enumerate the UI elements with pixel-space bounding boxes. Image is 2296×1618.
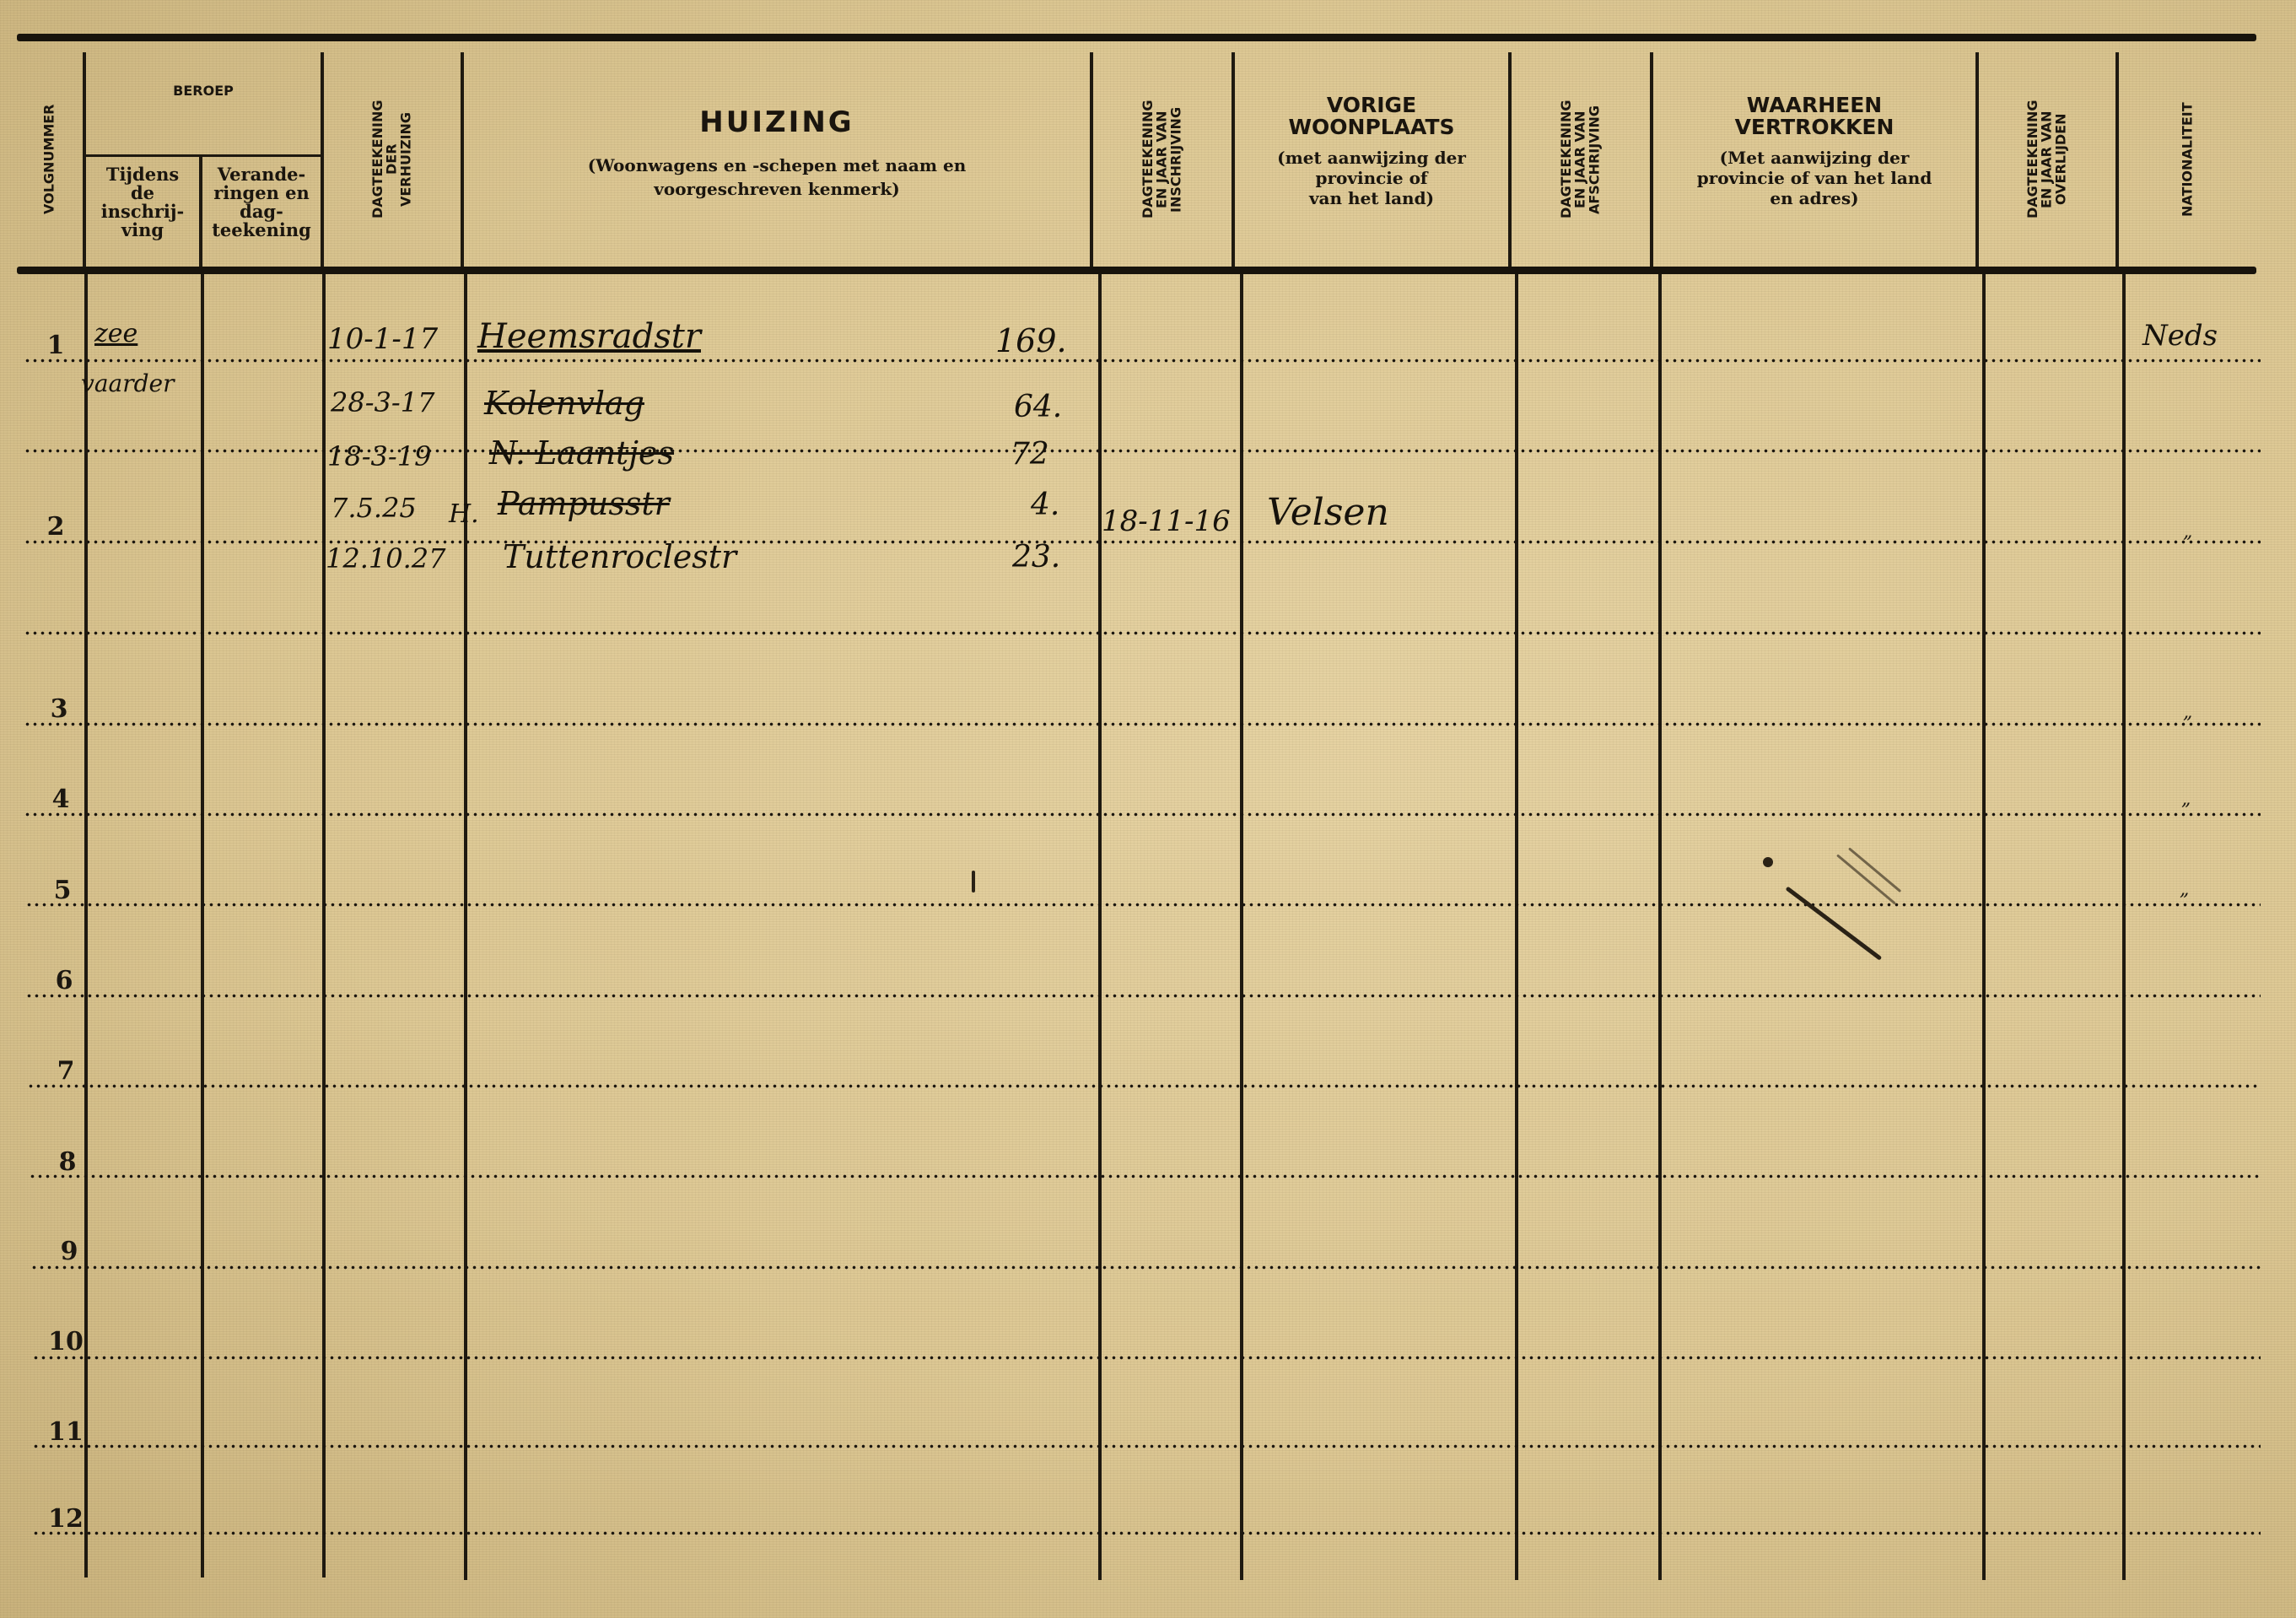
header-huizing-subtitle: (Woonwagens en -schepen met naam en voor… (464, 154, 1090, 201)
row-number: 8 (42, 1147, 93, 1177)
move-number: 64. (1014, 390, 1062, 424)
move-street: Kolenvlag (484, 385, 644, 422)
body-col-divider (201, 274, 204, 1578)
body-col-divider (84, 274, 88, 1578)
move-date: 12.10.27 (326, 542, 446, 574)
vorige-woonplaats-entry: Velsen (1267, 491, 1389, 534)
row-number: 7 (40, 1056, 91, 1086)
move-number: 4. (1031, 488, 1059, 522)
header-bottom-rule (17, 267, 2256, 274)
nationaliteit-entry: Neds (2142, 319, 2218, 353)
move-number: 23. (1012, 540, 1060, 574)
row-number: 9 (44, 1237, 94, 1266)
row-line (24, 631, 2261, 635)
header-dagteekening-afschrijving: DAGTEEKENING EN JAAR VAN AFSCHRIJVING (1512, 52, 1650, 267)
move-street: N. Laantjes (489, 434, 674, 472)
ditto-mark: „ (2183, 521, 2192, 542)
row-line (32, 1531, 2261, 1535)
body-col-divider (1098, 274, 1102, 1580)
header-vorige-woonplaats-title: VORIGE WOONPLAATS (1235, 94, 1508, 139)
ink-smudge (1785, 887, 1882, 961)
row-number: 3 (34, 694, 84, 724)
header-dagteekening-inschrijving: DAGTEEKENING EN JAAR VAN INSCHRIJVING (1093, 52, 1232, 267)
header-dagteekening-overlijden: DAGTEEKENING EN JAAR VAN OVERLIJDEN (1979, 52, 2115, 267)
header-vorige-woonplaats-subtitle: (met aanwijzing der provincie of van het… (1235, 148, 1508, 208)
row-number: 6 (39, 966, 89, 995)
row-line (32, 1444, 2261, 1448)
move-street: Heemsradstr (477, 317, 701, 356)
row-number: 4 (35, 785, 86, 814)
row-number: 5 (37, 876, 88, 905)
header-beroep: BEROEP (86, 84, 321, 99)
move-prefix: H. (449, 499, 479, 529)
body-col-divider (1982, 274, 1986, 1580)
move-date: 18-3-19 (327, 440, 431, 472)
ditto-mark: „ (2180, 879, 2189, 900)
header-nationaliteit: NATIONALITEIT (2119, 52, 2257, 267)
row-line (25, 994, 2261, 998)
row-number: 12 (40, 1504, 91, 1534)
row-line (24, 722, 2261, 726)
header-beroep-veranderingen: Verande- ringen en dag- teekening (202, 165, 321, 240)
header-waarheen-vertrokken-subtitle: (Met aanwijzing der provincie of van het… (1653, 148, 1975, 208)
header-beroep-tijdens: Tijdens de inschrij- ving (86, 165, 199, 240)
row-line (24, 359, 2261, 363)
row-line (24, 812, 2261, 817)
row-number: 10 (40, 1327, 91, 1356)
move-date: 28-3-17 (331, 386, 434, 418)
beroep-entry-line1: zee (94, 319, 137, 348)
row-number: 1 (30, 331, 81, 360)
body-col-divider (1240, 274, 1243, 1580)
header-huizing: HUIZING (Woonwagens en -schepen met naam… (464, 108, 1090, 201)
ink-smudge (972, 871, 975, 893)
ditto-mark: „ (2181, 789, 2191, 810)
row-line (30, 1265, 2261, 1270)
header-top-rule (17, 34, 2256, 41)
move-number: 169. (995, 322, 1067, 359)
header-waarheen-vertrokken: WAARHEEN VERTROKKEN (Met aanwijzing der … (1653, 94, 1975, 208)
header-waarheen-vertrokken-title: WAARHEEN VERTROKKEN (1653, 94, 1975, 139)
ditto-mark: „ (2183, 702, 2192, 723)
move-date: 10-1-17 (327, 322, 438, 356)
header-volgnummer: VOLGNUMMER (17, 52, 83, 267)
row-line (25, 903, 2261, 907)
header-vorige-woonplaats: VORIGE WOONPLAATS (met aanwijzing der pr… (1235, 94, 1508, 208)
header-huizing-title: HUIZING (464, 108, 1090, 138)
move-number: 72 (1011, 437, 1049, 472)
body-col-divider (322, 274, 326, 1578)
row-line (32, 1356, 2261, 1360)
row-line (27, 1084, 2261, 1088)
inschrijving-date: 18-11-16 (1102, 504, 1231, 538)
move-street: Pampusstr (498, 485, 670, 522)
move-date: 7.5.25 (331, 492, 417, 524)
body-col-divider (2122, 274, 2126, 1580)
beroep-divider (86, 154, 322, 157)
row-number: 11 (40, 1417, 91, 1447)
move-street: Tuttenroclestr (503, 538, 736, 575)
body-col-divider (464, 274, 467, 1580)
body-col-divider (1515, 274, 1518, 1580)
row-line (29, 1174, 2261, 1178)
ink-smudge (1763, 857, 1773, 867)
header-dagteekening-verhuizing: DAGTEEKENING DER VERHUIZING (324, 52, 461, 267)
body-col-divider (1658, 274, 1662, 1580)
row-number: 2 (30, 512, 81, 542)
beroep-entry-line2: vaarder (81, 369, 174, 397)
